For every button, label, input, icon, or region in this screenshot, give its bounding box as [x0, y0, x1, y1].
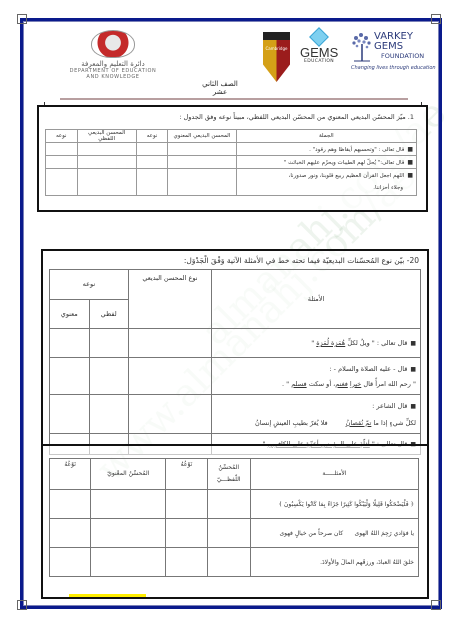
answer-cell[interactable]: [50, 548, 91, 577]
col-verbal-device: المحسن البديعي اللفظي: [77, 130, 136, 143]
varkey-title: VARKEY GEMS: [374, 32, 413, 51]
table-row: ■قال تعالى : "وتحسبهم أيقاظا وهم رقود" .: [46, 143, 417, 156]
answer-cell[interactable]: [207, 519, 250, 548]
sentence-text: قال تعالى:" يُحلّ لهم الطيبات ويحرّم علي…: [284, 160, 404, 166]
question-1-box: 1. ميّز المحسّن البديعي المعنوي من المحس…: [37, 105, 428, 212]
answer-cell[interactable]: [136, 143, 167, 156]
col-semantic-device: المحسن البديعي المعنوي: [168, 130, 236, 143]
col-verbal-kind: نَوْعُهُ: [166, 459, 207, 490]
question-1-title: 1. ميّز المحسّن البديعي المعنوي من المحس…: [179, 113, 414, 121]
col-kind: نوعه: [50, 270, 129, 300]
col-examples: الأمثلـــــة: [250, 459, 418, 490]
question-1-table: الجملة المحسن البديعي المعنوي نوعه المحس…: [45, 129, 417, 196]
question-20-box: 20- بيّن نوع المُحسّنات البديعيّة فيما ت…: [41, 249, 429, 446]
table-header-row: الأمثلـــــة المُحسِّنُ اللّفظـــيّ نَوْ…: [50, 459, 419, 490]
bullet-icon: ■: [407, 172, 413, 179]
col-device-type: نوع المحسن البديعي: [128, 270, 211, 329]
table-row: ■قال الشاعر :لكلِّ شيءٍ إذا ما تمّ نُقصا…: [50, 395, 421, 434]
answer-cell[interactable]: [91, 519, 166, 548]
answer-cell[interactable]: [91, 548, 166, 577]
table-row: ﴿ فَلْيَضْحَكُوا قَلِيلًا وَلْيَبْكُوا ك…: [50, 490, 419, 519]
answer-cell[interactable]: [128, 358, 211, 395]
answer-cell[interactable]: [77, 169, 136, 196]
answer-cell[interactable]: [46, 143, 78, 156]
yellow-highlight-mark: [69, 594, 146, 597]
example-text: " رحم الله امرأً قال: [361, 380, 416, 388]
answer-cell[interactable]: [168, 143, 236, 156]
example-text: قال الشاعر :: [372, 402, 407, 410]
falcon-emblem-icon: [91, 30, 135, 58]
diamond-icon: [309, 27, 329, 47]
col-verbal: لفظي: [89, 299, 128, 329]
col-semantic-device: المُحسِّنُ المعْنويّ: [91, 459, 166, 490]
example-cell: ■قال - عليه الصلاة والسلام - :" رحم الله…: [212, 358, 421, 395]
example-text: ، أو سكت: [307, 380, 336, 388]
underlined-text: خيرا: [350, 380, 361, 388]
underlined-text: فسلم: [291, 380, 306, 388]
verse-second-hemistich: فلا يُغرّ بطيبِ العيشِ إنسانُ: [255, 419, 328, 427]
answer-cell[interactable]: [50, 519, 91, 548]
answer-cell[interactable]: [166, 548, 207, 577]
doe-logo: دائرة التعليم والمعرفة DEPARTMENT OF EDU…: [38, 30, 188, 80]
sentence-text: اللهم اجعل القرآن العظيم ربيع قلوبنا، ون…: [289, 173, 405, 179]
answer-cell[interactable]: [166, 490, 207, 519]
sentence-text-line2: وجلاء أحزاننا.: [373, 185, 403, 191]
sentence-cell: ■قال تعالى:" يُحلّ لهم الطيبات ويحرّم عل…: [236, 156, 416, 169]
col-examples: الأمثلة: [212, 270, 421, 329]
example-cell: ■قال الشاعر :لكلِّ شيءٍ إذا ما تمّ نُقصا…: [212, 395, 421, 434]
doe-arabic-name: دائرة التعليم والمعرفة: [38, 60, 188, 68]
answer-cell[interactable]: [91, 490, 166, 519]
header-divider: [60, 98, 408, 100]
frame-corner: [17, 600, 27, 610]
frame-corner: [431, 14, 441, 24]
col-sentence: الجملة: [236, 130, 416, 143]
rhetoric-table-3: الأمثلـــــة المُحسِّنُ اللّفظـــيّ نَوْ…: [49, 458, 419, 577]
answer-cell[interactable]: [89, 358, 128, 395]
table-header-row: الأمثلة نوع المحسن البديعي نوعه: [50, 270, 421, 300]
bullet-icon: ■: [407, 146, 413, 153]
col-semantic-kind: نَوْعُهُ: [50, 459, 91, 490]
varkey-tagline: Changing lives through education: [351, 65, 436, 71]
example-text: " .: [282, 380, 291, 388]
table-row: ■اللهم اجعل القرآن العظيم ربيع قلوبنا، و…: [46, 169, 417, 196]
answer-cell[interactable]: [50, 329, 90, 358]
col-verbal-device: المُحسِّنُ اللّفظـــيّ: [207, 459, 250, 490]
shield-text: Cambridge: [263, 46, 290, 51]
example-cell: يا فؤادي رَحِمَ اللهُ الهوى كان صرحاً من…: [250, 519, 418, 548]
answer-cell[interactable]: [136, 169, 167, 196]
question-20-title: 20- بيّن نوع المُحسّنات البديعيّة فيما ت…: [184, 256, 419, 265]
question-table-3-box: الأمثلـــــة المُحسِّنُ اللّفظـــيّ نَوْ…: [41, 444, 429, 599]
answer-cell[interactable]: [50, 358, 90, 395]
frame-corner: [431, 600, 441, 610]
bullet-icon: ■: [407, 159, 413, 166]
verse-first-hemistich: لكلِّ شيءٍ إذا ما: [371, 419, 416, 427]
varkey-line2: GEMS: [374, 42, 413, 52]
answer-cell[interactable]: [207, 548, 250, 577]
example-cell: ■قال تعالى : " ويلٌ لكلِّ هُمَزة لُمَزة …: [212, 329, 421, 358]
example-cell: خلقَ اللهُ العبادَ، ورزقَهم المالَ والأو…: [250, 548, 418, 577]
bullet-icon: ■: [410, 403, 416, 410]
underlined-text: تمّ نُقصانُ: [346, 419, 372, 427]
tree-icon: [350, 32, 372, 62]
question-20-table: الأمثلة نوع المحسن البديعي نوعه لفظي معن…: [49, 269, 421, 455]
gems-logo: GEMS EDUCATION: [300, 30, 338, 64]
answer-cell[interactable]: [128, 395, 211, 434]
answer-cell[interactable]: [77, 143, 136, 156]
answer-cell[interactable]: [168, 169, 236, 196]
doe-english-line2: AND KNOWLEDGE: [38, 74, 188, 80]
varkey-line3: FOUNDATION: [381, 52, 424, 60]
answer-cell[interactable]: [136, 156, 167, 169]
answer-cell[interactable]: [50, 490, 91, 519]
bullet-icon: ■: [410, 340, 416, 347]
col-semantic: معنوي: [50, 299, 90, 329]
answer-cell[interactable]: [89, 329, 128, 358]
table-row: خلقَ اللهُ العبادَ، ورزقَهم المالَ والأو…: [50, 548, 419, 577]
answer-cell[interactable]: [89, 395, 128, 434]
answer-cell[interactable]: [168, 156, 236, 169]
table-row: ■قال تعالى:" يُحلّ لهم الطيبات ويحرّم عل…: [46, 156, 417, 169]
answer-cell[interactable]: [207, 490, 250, 519]
table-row: يا فؤادي رَحِمَ اللهُ الهوى كان صرحاً من…: [50, 519, 419, 548]
table-row: ■قال تعالى : " ويلٌ لكلِّ هُمَزة لُمَزة …: [50, 329, 421, 358]
gems-sub: EDUCATION: [300, 59, 338, 64]
answer-cell[interactable]: [166, 519, 207, 548]
col-verbal-kind: نوعه: [46, 130, 78, 143]
grade-label: الصف الثاني عشر: [195, 80, 245, 96]
answer-cell[interactable]: [46, 156, 78, 169]
sentence-cell: ■قال تعالى : "وتحسبهم أيقاظا وهم رقود" .: [236, 143, 416, 156]
example-text: قال - عليه الصلاة والسلام - :: [329, 365, 407, 373]
frame-corner: [17, 14, 27, 24]
underlined-text: فغنم: [335, 380, 348, 388]
answer-cell[interactable]: [50, 395, 90, 434]
gems-name: GEMS: [300, 46, 338, 59]
sentence-cell: ■اللهم اجعل القرآن العظيم ربيع قلوبنا، و…: [236, 169, 416, 196]
table-row: ■قال - عليه الصلاة والسلام - :" رحم الله…: [50, 358, 421, 395]
sentence-text: قال تعالى : "وتحسبهم أيقاظا وهم رقود" .: [309, 147, 404, 153]
underlined-text: هُمَزة لُمَزة: [316, 339, 345, 347]
answer-cell[interactable]: [128, 329, 211, 358]
table-header-row: الجملة المحسن البديعي المعنوي نوعه المحس…: [46, 130, 417, 143]
col-semantic-kind: نوعه: [136, 130, 167, 143]
example-text: قال تعالى : " ويلٌ لكلِّ: [345, 339, 407, 347]
example-cell: ﴿ فَلْيَضْحَكُوا قَلِيلًا وَلْيَبْكُوا ك…: [250, 490, 418, 519]
answer-cell[interactable]: [46, 169, 78, 196]
bullet-icon: ■: [410, 366, 416, 373]
answer-cell[interactable]: [77, 156, 136, 169]
